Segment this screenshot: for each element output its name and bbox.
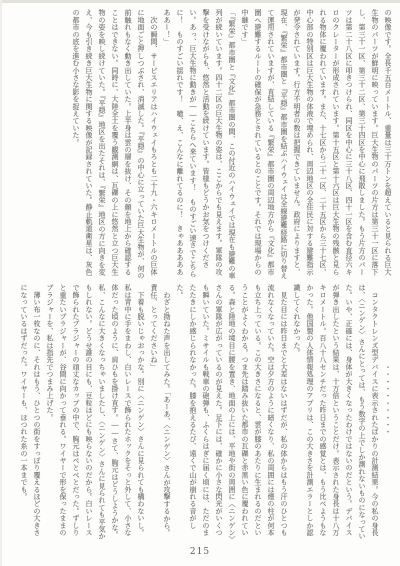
scan-edge-top — [0, 0, 400, 3]
top-text-block: の映像です。全長千五百メートル、重量は三十万トンを超えていると見られる巨大生物の… — [54, 9, 394, 281]
page-number: 215 — [0, 547, 400, 557]
bottom-text-block: ・・・・・・・・・・ コンタクトレンズ型デバイスに表示されたばかりの計測結果。今… — [7, 284, 394, 542]
book-page: の映像です。全長千五百メートル、重量は三十万トンを超えていると見られる巨大生物の… — [0, 0, 400, 566]
scan-edge-left — [0, 0, 2, 566]
